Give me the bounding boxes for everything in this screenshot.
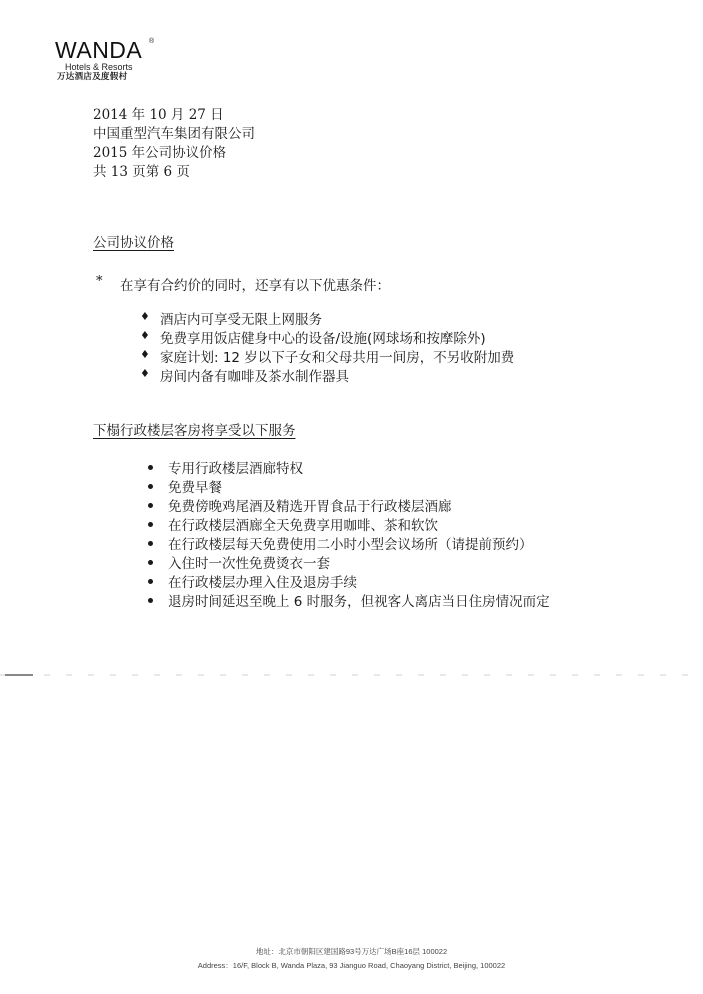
dot-bullet-icon: [148, 598, 153, 603]
letter-subject: 2015 年公司协议价格: [93, 144, 226, 163]
letter-date: 2014 年 10 月 27 日: [93, 106, 224, 125]
registered-mark-icon: ®: [149, 38, 154, 45]
footer-address-cn: 地址：北京市朝阳区建国路93号万达广场B座16层 100022: [0, 946, 703, 957]
dot-bullet-icon: [148, 465, 153, 470]
wanda-logo: WANDA ® Hotels & Resorts 万达酒店及度假村: [55, 38, 165, 83]
list-item: 在行政楼层办理入住及退房手续: [168, 571, 357, 591]
list-item: 免费傍晚鸡尾酒及精选开胃食品于行政楼层酒廊: [168, 495, 452, 515]
dot-bullet-icon: [148, 541, 153, 546]
list-item: 房间内备有咖啡及茶水制作器具: [160, 365, 349, 385]
section-heading-corporate-rate: 公司协议价格: [93, 234, 174, 253]
list-item: 酒店内可享受无限上网服务: [160, 308, 322, 328]
list-item: 家庭计划: 12 岁以下子女和父母共用一间房，不另收附加费: [160, 346, 514, 366]
dot-bullet-icon: [148, 579, 153, 584]
dot-bullet-icon: [148, 503, 153, 508]
asterisk-icon: *: [96, 274, 103, 289]
diamond-bullet-icon: ♦: [140, 310, 150, 323]
dot-bullet-icon: [148, 560, 153, 565]
scan-artifact-line: [0, 674, 703, 676]
logo-chinese: 万达酒店及度假村: [57, 72, 165, 83]
diamond-bullet-icon: ♦: [140, 348, 150, 361]
dot-bullet-icon: [148, 522, 153, 527]
scan-artifact-mark: [5, 674, 33, 676]
footer-address-en: Address：16/F, Block B, Wanda Plaza, 93 J…: [0, 960, 703, 971]
diamond-bullet-icon: ♦: [140, 367, 150, 380]
dot-bullet-icon: [148, 484, 153, 489]
list-item: 在行政楼层酒廊全天免费享用咖啡、茶和软饮: [168, 514, 438, 534]
logo-subtitle: Hotels & Resorts: [65, 62, 165, 72]
list-item: 免费享用饭店健身中心的设备/设施(网球场和按摩除外): [160, 327, 486, 347]
diamond-bullet-icon: ♦: [140, 329, 150, 342]
recipient-company: 中国重型汽车集团有限公司: [93, 125, 255, 144]
page-info: 共 13 页第 6 页: [93, 163, 190, 182]
list-item: 免费早餐: [168, 476, 222, 496]
list-item: 在行政楼层每天免费使用二小时小型会议场所（请提前预约）: [168, 533, 533, 553]
list-item: 退房时间延迟至晚上 6 时服务，但视客人离店当日住房情况而定: [168, 590, 550, 610]
section-heading-executive-floor: 下榻行政楼层客房将享受以下服务: [93, 422, 296, 441]
list-item: 专用行政楼层酒廊特权: [168, 457, 303, 477]
benefits-intro: 在享有合约价的同时，还享有以下优惠条件：: [120, 274, 390, 294]
list-item: 入住时一次性免费烫衣一套: [168, 552, 330, 572]
